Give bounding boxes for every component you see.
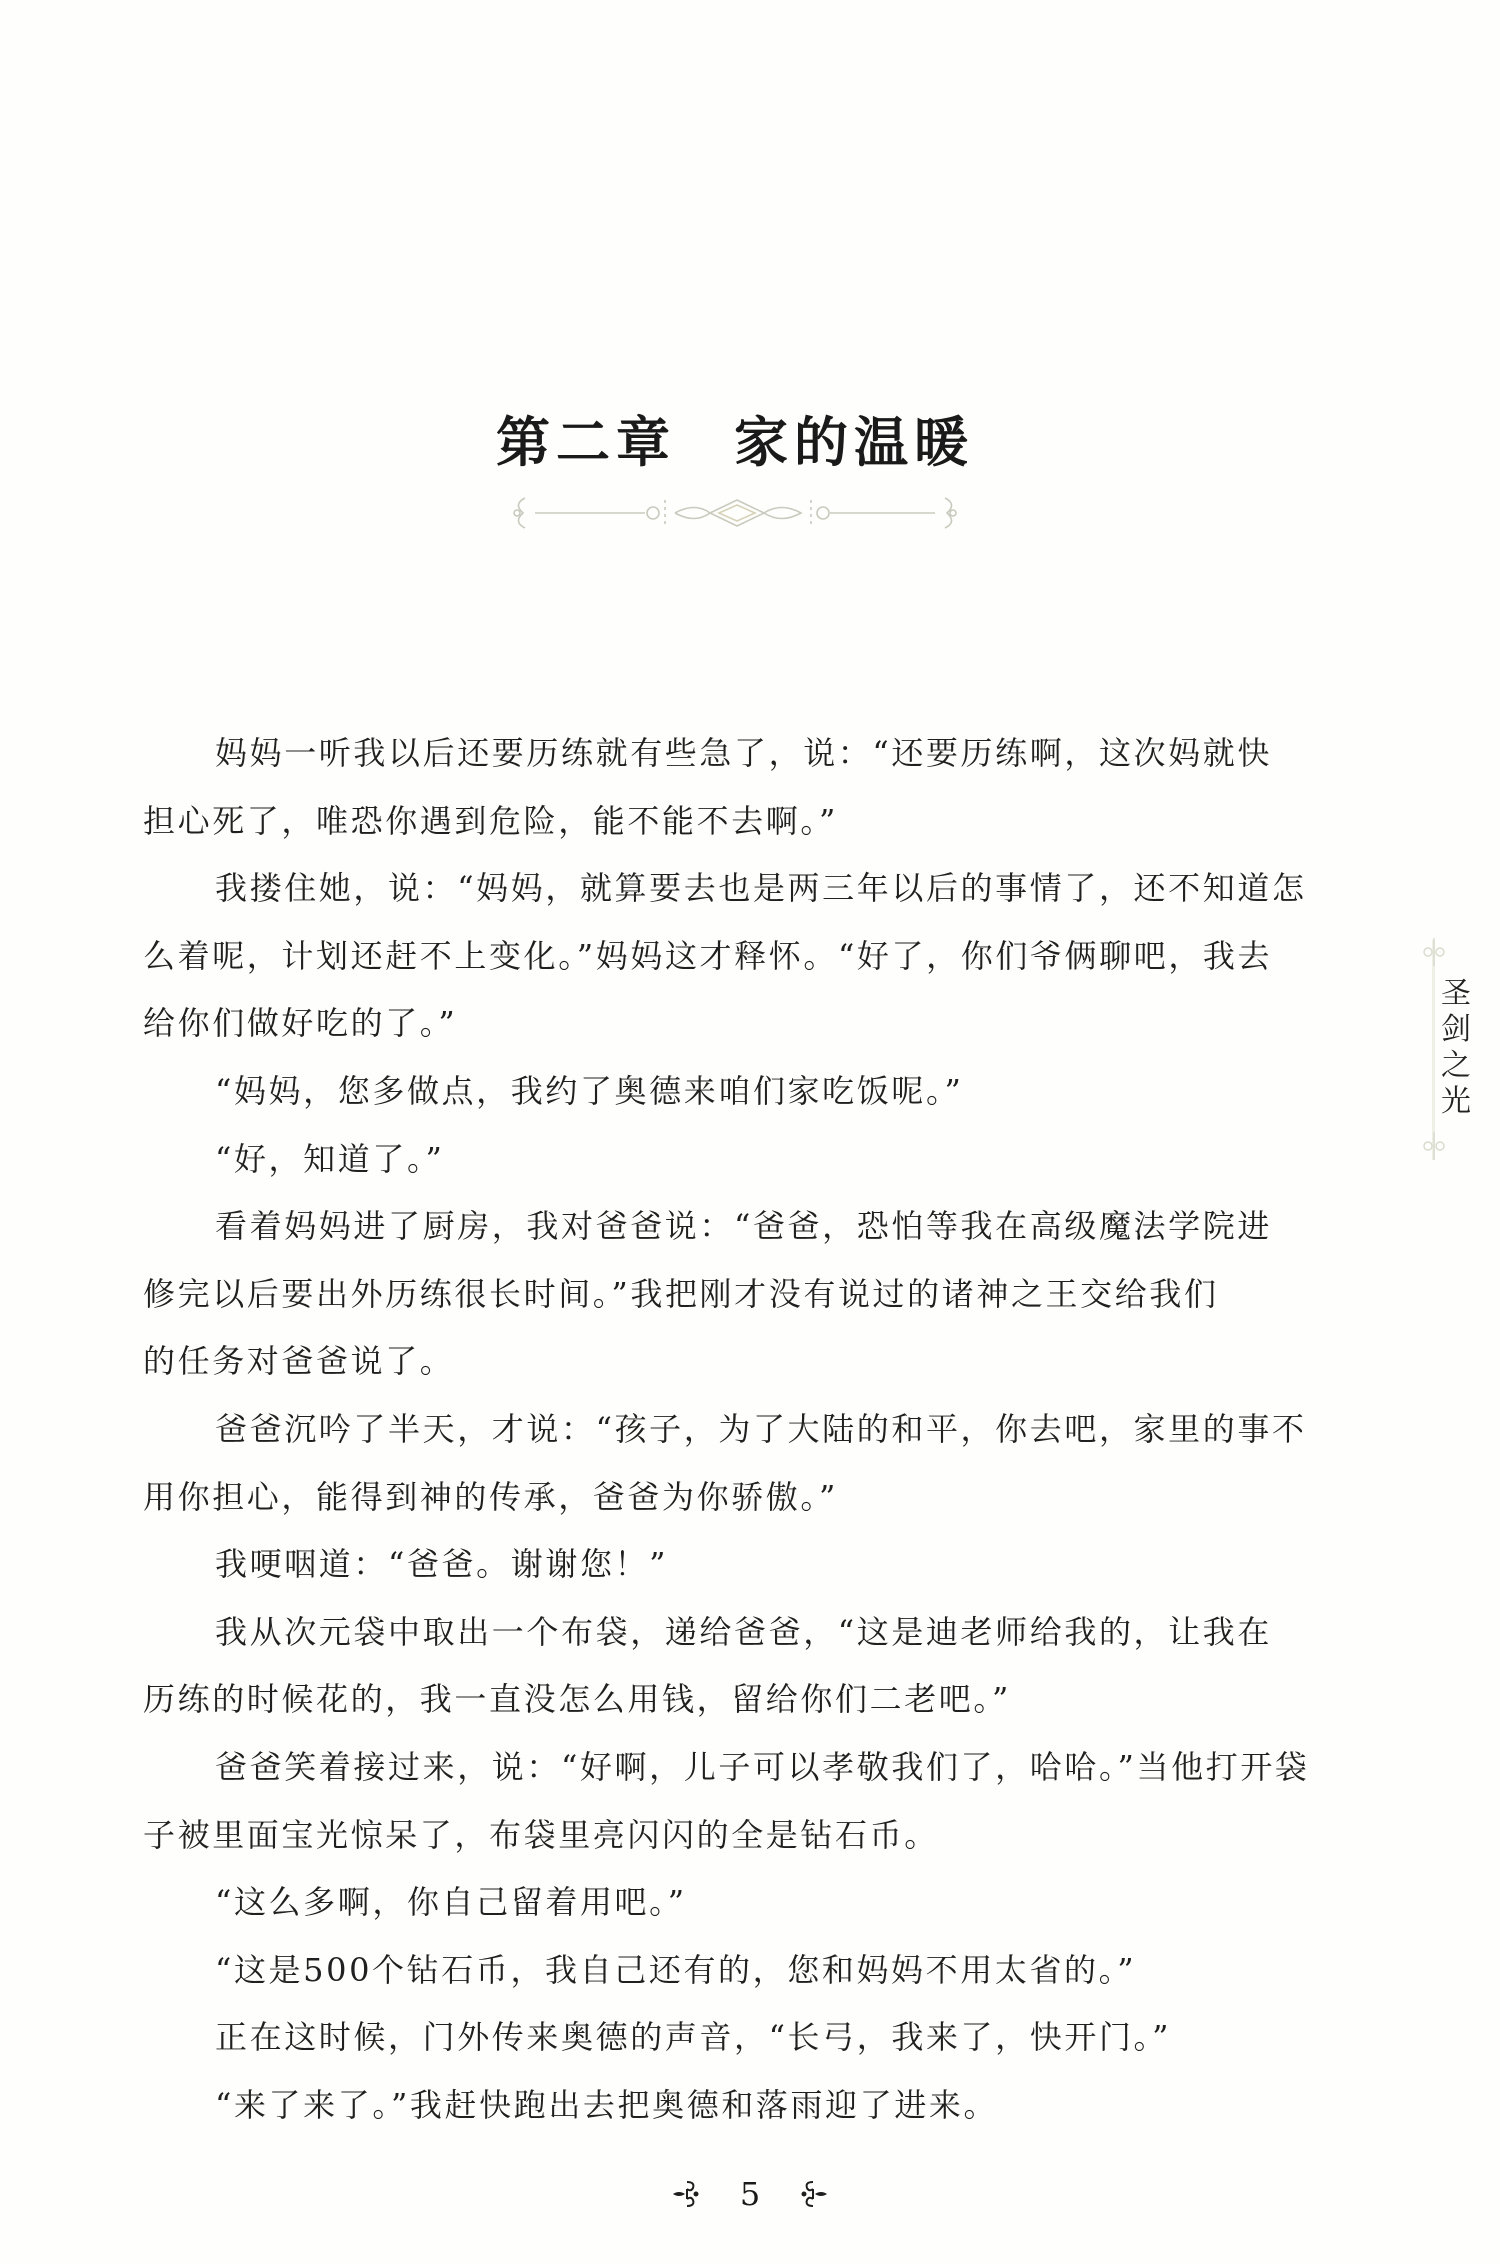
text-line: 用你担心，能得到神的传承，爸爸为你骄傲。” xyxy=(143,1464,1328,1532)
text-line: 修完以后要出外历练很长时间。”我把刚才没有说过的诸神之王交给我们 xyxy=(143,1261,1328,1329)
side-title-char: 圣 xyxy=(1438,976,1474,1012)
running-book-title: 圣 剑 之 光 xyxy=(1438,976,1474,1120)
text-line: 爸爸笑着接过来，说：“好啊，儿子可以孝敬我们了，哈哈。”当他打开袋 xyxy=(143,1734,1328,1802)
text-line: 爸爸沉吟了半天，才说：“孩子，为了大陆的和平，你去吧，家里的事不 xyxy=(143,1396,1328,1464)
text-line: “这是500个钻石币，我自己还有的，您和妈妈不用太省的。” xyxy=(143,1937,1328,2005)
chapter-number: 第二章 xyxy=(496,411,676,474)
chapter-body: 妈妈一听我以后还要历练就有些急了，说：“还要历练啊，这次妈就快 担心死了，唯恐你… xyxy=(143,720,1328,2139)
text-line: 子被里面宝光惊呆了，布袋里亮闪闪的全是钻石币。 xyxy=(143,1802,1328,1870)
text-line: 历练的时候花的，我一直没怎么用钱，留给你们二老吧。” xyxy=(143,1666,1328,1734)
text-line: 我哽咽道：“爸爸。谢谢您！” xyxy=(143,1531,1328,1599)
text-line: 看着妈妈进了厨房，我对爸爸说：“爸爸，恐怕等我在高级魔法学院进 xyxy=(143,1193,1328,1261)
title-divider-ornament-icon xyxy=(505,490,965,536)
side-ornament-bottom-icon xyxy=(1418,1130,1450,1162)
side-title-char: 剑 xyxy=(1438,1012,1474,1048)
page-number: 5 xyxy=(740,2175,760,2213)
text-line: 我从次元袋中取出一个布袋，递给爸爸，“这是迪老师给我的，让我在 xyxy=(143,1599,1328,1667)
text-line: 给你们做好吃的了。” xyxy=(143,990,1328,1058)
text-line: 担心死了，唯恐你遇到危险，能不能不去啊。” xyxy=(143,788,1328,856)
fleuron-left-icon xyxy=(671,2178,701,2210)
text-line: 的任务对爸爸说了。 xyxy=(143,1328,1328,1396)
side-ornament-top-icon xyxy=(1418,936,1450,968)
side-rule xyxy=(1432,940,1435,1160)
text-line: 妈妈一听我以后还要历练就有些急了，说：“还要历练啊，这次妈就快 xyxy=(143,720,1328,788)
fleuron-right-icon xyxy=(799,2178,829,2210)
chapter-heading: 第二章家的温暖 xyxy=(0,410,1470,476)
side-title-char: 之 xyxy=(1438,1048,1474,1084)
book-page: 第二章家的温暖 妈妈一听我以后还要历练就有些急了，说：“还要历练啊，这次妈就快 … xyxy=(0,0,1500,2264)
text-line: 正在这时候，门外传来奥德的声音，“长弓，我来了，快开门。” xyxy=(143,2004,1328,2072)
page-footer: 5 xyxy=(0,2175,1500,2221)
text-line: 我搂住她，说：“妈妈，就算要去也是两三年以后的事情了，还不知道怎 xyxy=(143,855,1328,923)
text-line: “来了来了。”我赶快跑出去把奥德和落雨迎了进来。 xyxy=(143,2072,1328,2140)
chapter-title: 家的温暖 xyxy=(734,411,974,474)
text-line: “这么多啊，你自己留着用吧。” xyxy=(143,1869,1328,1937)
side-title-char: 光 xyxy=(1438,1084,1474,1120)
text-line: 么着呢，计划还赶不上变化。”妈妈这才释怀。“好了，你们爷俩聊吧，我去 xyxy=(143,923,1328,991)
text-line: “妈妈，您多做点，我约了奥德来咱们家吃饭呢。” xyxy=(143,1058,1328,1126)
text-line: “好，知道了。” xyxy=(143,1126,1328,1194)
